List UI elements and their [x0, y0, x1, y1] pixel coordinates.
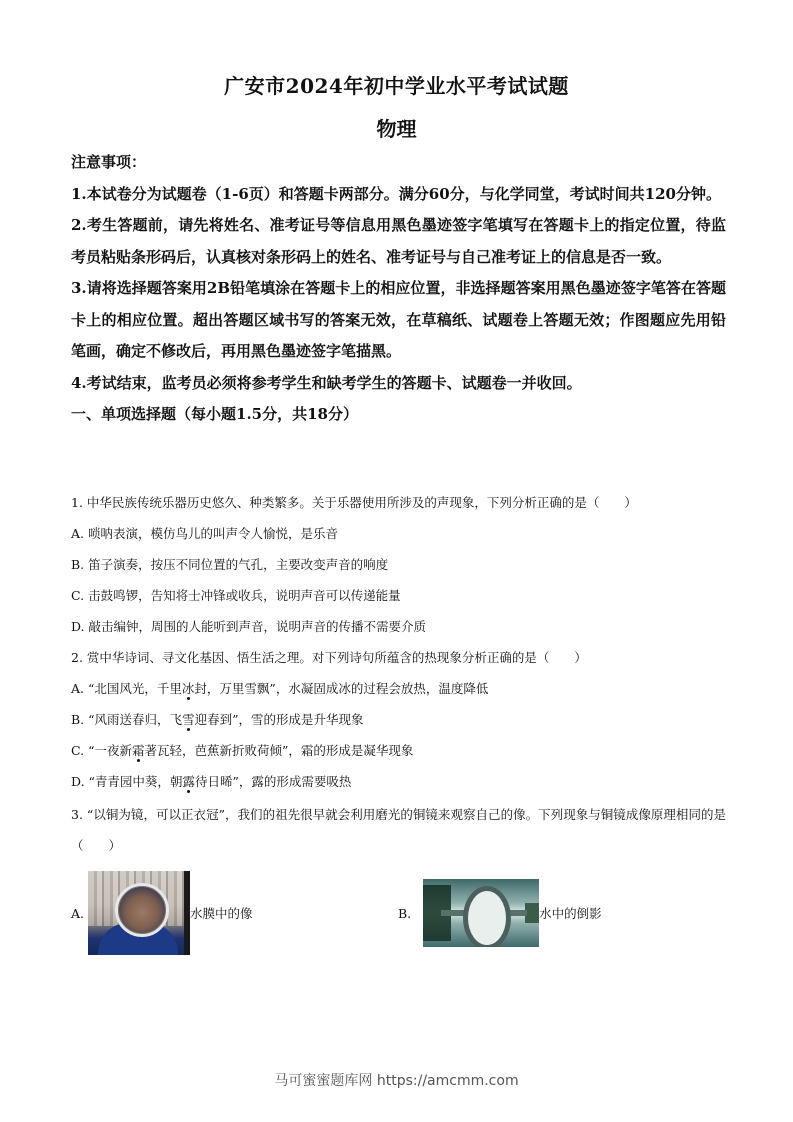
question-stem: 3. “以铜为镜，可以正衣冠”，我们的祖先很早就会利用磨光的铜镜来观察自己的像。… [71, 799, 726, 861]
question-2: 2. 赏中华诗词、寻文化基因、悟生活之理。对下列诗句所蕴含的热现象分析正确的是（… [71, 642, 726, 797]
option-label: B. [71, 712, 84, 727]
document-title: 广安市2024年初中学业水平考试试题 [0, 70, 793, 99]
astronaut-water-film-photo [88, 871, 190, 955]
note-item-3: 3.请将选择题答案用2B铅笔填涂在答题卡上的相应位置，非选择题答案用黑色墨迹签字… [71, 273, 726, 368]
option-label: B. [398, 906, 411, 921]
notes-heading: 注意事项： [71, 147, 726, 179]
option-b: B. “风雨送春归，飞雪迎春到”，雪的形成是升华现象 [71, 704, 726, 735]
option-text: 著瓦轻，芭蕉新折败荷倾”，霜的形成是凝华现象 [144, 743, 413, 758]
option-label: A. [71, 906, 84, 921]
option-label: C. [71, 743, 84, 758]
option-text: 待日晞”，露的形成需要吸热 [195, 774, 351, 789]
option-a: A. “北国风光，千里冰封，万里雪飘”，水凝固成冰的过程会放热，温度降低 [71, 673, 726, 704]
option-caption: 水膜中的像 [190, 904, 253, 922]
option-caption: 水中的倒影 [539, 904, 602, 922]
image-options: A. 水膜中的像 B. 水中的倒影 [71, 871, 726, 956]
question-stem: 1. 中华民族传统乐器历史悠久、种类繁多。关于乐器使用所涉及的声现象，下列分析正… [71, 487, 726, 518]
emphasis-char: 雪 [182, 712, 195, 727]
note-item-2: 2.考生答题前，请先将姓名、准考证号等信息用黑色墨迹签字笔填写在答题卡上的指定位… [71, 210, 726, 273]
question-1: 1. 中华民族传统乐器历史悠久、种类繁多。关于乐器使用所涉及的声现象，下列分析正… [71, 487, 726, 642]
option-label: D. [71, 774, 85, 789]
option-a: A. 水膜中的像 [71, 871, 253, 955]
option-text: 迎春到”，雪的形成是升华现象 [195, 712, 364, 727]
document-subject: 物理 [0, 113, 793, 142]
option-d: D. 敲击编钟，周围的人能听到声音，说明声音的传播不需要介质 [71, 611, 726, 642]
option-c: C. 击鼓鸣锣，告知将士冲锋或收兵，说明声音可以传递能量 [71, 580, 726, 611]
option-text: “风雨送春归，飞 [88, 712, 182, 727]
option-a: A. 唢呐表演，模仿鸟儿的叫声令人愉悦，是乐音 [71, 518, 726, 549]
emphasis-char: 露 [182, 774, 195, 789]
emphasis-char: 冰 [182, 681, 195, 696]
option-b: B. 水中的倒影 [398, 879, 602, 947]
option-text: “北国风光，千里 [88, 681, 182, 696]
watermark-footer: 马可蜜蜜题库网 https://amcmm.com [0, 1070, 793, 1090]
question-3: 3. “以铜为镜，可以正衣冠”，我们的祖先很早就会利用磨光的铜镜来观察自己的像。… [71, 799, 726, 861]
arch-bridge-reflection-photo [423, 879, 539, 947]
option-text: 封，万里雪飘”，水凝固成冰的过程会放热，温度降低 [194, 681, 488, 696]
option-c: C. “一夜新霜著瓦轻，芭蕉新折败荷倾”，霜的形成是凝华现象 [71, 735, 726, 766]
note-item-1: 1.本试卷分为试题卷（1-6页）和答题卡两部分。满分60分，与化学同堂，考试时间… [71, 179, 726, 211]
option-text: “一夜新 [88, 743, 132, 758]
section-heading: 一、单项选择题（每小题1.5分，共18分） [71, 399, 726, 431]
option-text: “青青园中葵，朝 [89, 774, 183, 789]
questions-list: 1. 中华民族传统乐器历史悠久、种类繁多。关于乐器使用所涉及的声现象，下列分析正… [71, 487, 726, 861]
question-stem: 2. 赏中华诗词、寻文化基因、悟生活之理。对下列诗句所蕴含的热现象分析正确的是（… [71, 642, 726, 673]
emphasis-char: 霜 [132, 743, 145, 758]
notes-section: 注意事项： 1.本试卷分为试题卷（1-6页）和答题卡两部分。满分60分，与化学同… [71, 147, 726, 431]
note-item-4: 4.考试结束，监考员必须将参考学生和缺考学生的答题卡、试题卷一并收回。 [71, 368, 726, 400]
option-label: A. [71, 681, 84, 696]
option-b: B. 笛子演奏，按压不同位置的气孔，主要改变声音的响度 [71, 549, 726, 580]
option-d: D. “青青园中葵，朝露待日晞”，露的形成需要吸热 [71, 766, 726, 797]
